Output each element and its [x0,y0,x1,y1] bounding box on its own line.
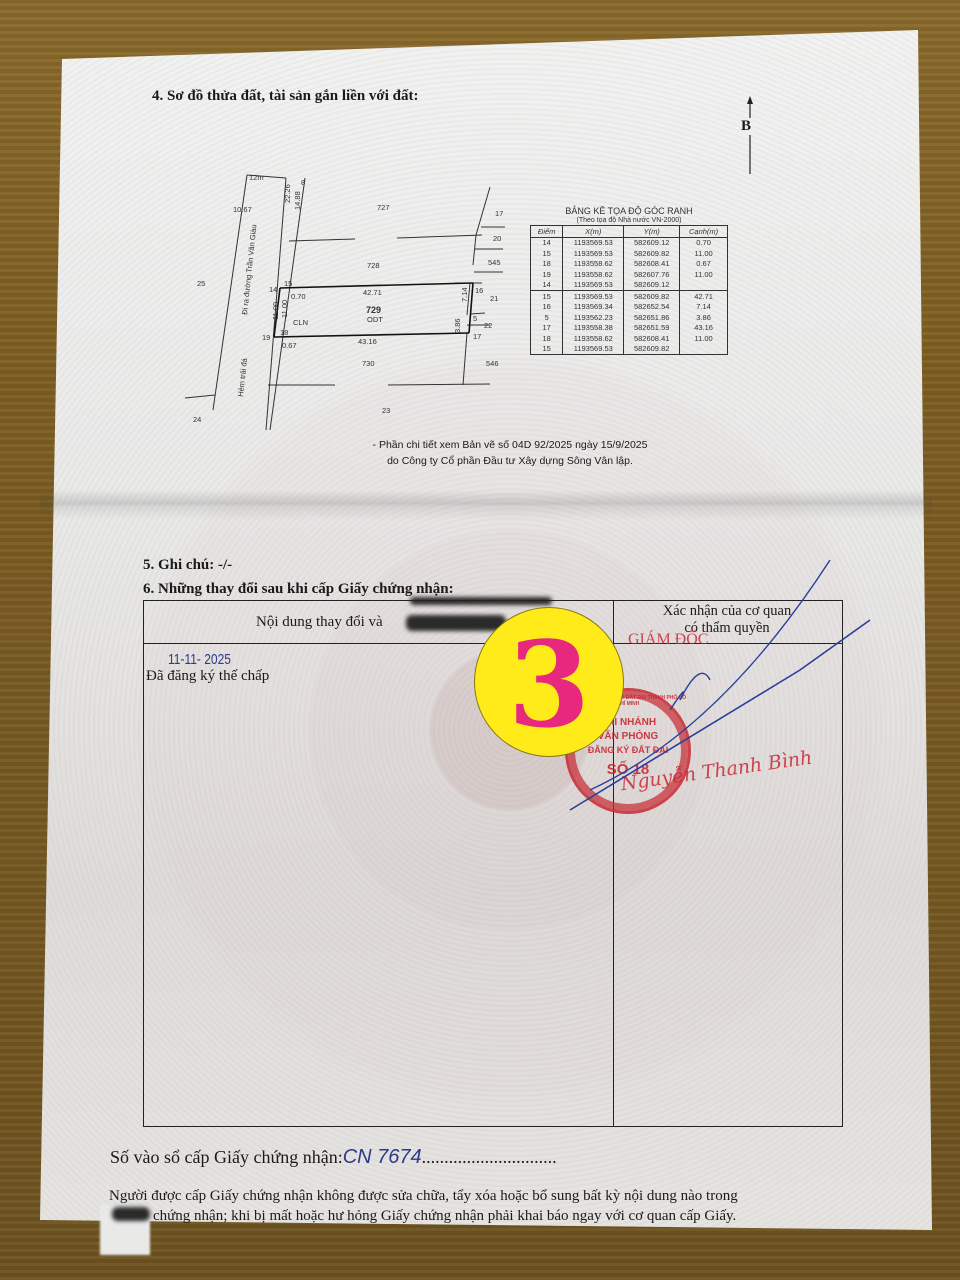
col-header: X(m) [563,226,624,238]
cell-point: 15 [531,344,563,355]
cell-point: 15 [531,291,563,302]
cell-edge: 43.16 [680,323,728,334]
footer-line1: Người được cấp Giấy chứng nhận không đượ… [109,1186,738,1206]
paper-fold [40,490,932,520]
cell-x: 1193569.53 [563,344,624,355]
svg-text:5: 5 [473,314,477,323]
coord-title-text: BẢNG KÊ TỌA ĐỘ GÓC RANH [530,207,728,216]
cell-y: 582609.12 [624,280,680,291]
svg-text:23: 23 [382,406,390,415]
cell-point: 14 [531,237,563,248]
entry-date-stamp: 11-11- 2025 [168,651,231,668]
cell-point: 15 [531,248,563,259]
cell-edge: 11.00 [680,269,728,280]
cell-x: 1193569.53 [563,291,624,302]
coord-table-title: BẢNG KÊ TỌA ĐỘ GÓC RANH (Theo tọa độ Nhà… [530,207,728,225]
cell-x: 1193569.34 [563,302,624,313]
redacted-header-text [406,615,506,631]
cell-edge: 0.70 [680,237,728,248]
cell-x: 1193569.53 [563,248,624,259]
col-header: Y(m) [624,226,680,238]
svg-text:42.71: 42.71 [363,288,382,297]
col-header: Điểm [531,226,563,238]
svg-text:43.16: 43.16 [358,337,377,346]
table-row: 161193569.34582652.547.14 [531,302,728,313]
cell-x: 1193558.62 [563,259,624,270]
register-dots: .............................. [422,1147,557,1167]
table-row: 151193569.53582609.8242.71 [531,291,728,302]
svg-text:14.88: 14.88 [293,191,302,210]
col-header: Cạnh(m) [680,226,728,238]
coordinate-table: Điểm X(m) Y(m) Cạnh(m) 141193569.5358260… [530,225,728,355]
svg-text:18: 18 [280,328,288,337]
svg-text:729: 729 [366,305,381,315]
cell-edge: 11.00 [680,333,728,344]
cell-point: 5 [531,312,563,323]
svg-text:546: 546 [486,359,499,368]
cell-y: 582609.82 [624,248,680,259]
cell-x: 1193569.53 [563,237,624,248]
table-row: 191193558.62582607.7611.00 [531,269,728,280]
north-label: B [739,118,753,135]
register-label: Số vào sổ cấp Giấy chứng nhận: [110,1147,343,1167]
svg-text:730: 730 [362,359,375,368]
cell-x: 1193569.53 [563,280,624,291]
svg-text:19: 19 [262,333,270,342]
svg-text:17: 17 [473,332,481,341]
cell-point: 16 [531,302,563,313]
number-badge: 3 [474,607,624,757]
svg-text:10.67: 10.67 [233,205,252,214]
cell-y: 582608.41 [624,259,680,270]
cell-point: 18 [531,259,563,270]
svg-text:14: 14 [269,285,277,294]
cell-y: 582609.12 [624,237,680,248]
cell-point: 17 [531,323,563,334]
cell-point: 14 [531,280,563,291]
svg-text:20: 20 [493,234,501,243]
table-row: 141193569.53582609.12 [531,280,728,291]
redacted-footer-word [112,1207,150,1221]
cell-y: 582609.82 [624,291,680,302]
section-6-title: 6. Những thay đổi sau khi cấp Giấy chứng… [143,581,454,598]
entry-text: Đã đăng ký thế chấp [146,668,269,685]
cell-y: 582609.82 [624,344,680,355]
svg-text:727: 727 [377,203,390,212]
svg-text:728: 728 [367,261,380,270]
svg-text:15: 15 [284,279,292,288]
svg-text:12m: 12m [249,173,264,182]
table-row: 141193569.53582609.120.70 [531,237,728,248]
cell-edge: 0.67 [680,259,728,270]
svg-text:0.67: 0.67 [282,341,297,350]
map-note-line2: do Công ty Cổ phần Đầu tư Xây dựng Sông … [340,453,680,469]
cell-x: 1193558.62 [563,333,624,344]
cell-x: 1193558.38 [563,323,624,334]
svg-text:0.70: 0.70 [291,292,306,301]
cell-edge: 42.71 [680,291,728,302]
svg-text:25: 25 [197,279,205,288]
map-note: - Phần chi tiết xem Bản vẽ số 04D 92/202… [340,437,680,469]
parcel-map: 12m8 10.67 22.26 14.88 727 17 20 728 545… [185,165,525,430]
svg-text:7.14: 7.14 [460,287,469,302]
svg-text:545: 545 [488,258,501,267]
cell-point: 19 [531,269,563,280]
svg-text:11.00: 11.00 [280,300,289,318]
table-row: 151193569.53582609.8211.00 [531,248,728,259]
svg-text:3.86: 3.86 [453,318,462,333]
footer-line2: chứng nhận; khi bị mất hoặc hư hỏng Giấy… [109,1206,738,1226]
table-row: 151193569.53582609.82 [531,344,728,355]
svg-text:24: 24 [193,415,201,424]
cell-y: 582652.54 [624,302,680,313]
table-row: 51193562.23582651.863.86 [531,312,728,323]
cell-edge [680,280,728,291]
cell-edge: 7.14 [680,302,728,313]
svg-text:Hẻm trải đá: Hẻm trải đá [236,357,249,397]
svg-text:ODT: ODT [367,315,383,324]
svg-text:22.26: 22.26 [283,184,292,203]
badge-number: 3 [508,626,590,744]
register-value: CN 7674 [343,1146,422,1168]
svg-text:22: 22 [484,321,492,330]
cell-edge: 11.00 [680,248,728,259]
cell-x: 1193562.23 [563,312,624,323]
cell-x: 1193558.62 [563,269,624,280]
table-row: 181193558.62582608.4111.00 [531,333,728,344]
register-row: Số vào sổ cấp Giấy chứng nhận:CN 7674...… [110,1146,557,1169]
section-4-title: 4. Sơ đồ thửa đất, tài sản gắn liền với … [152,88,419,105]
table-row: 181193558.62582608.410.67 [531,259,728,270]
cell-edge: 3.86 [680,312,728,323]
svg-text:CLN: CLN [293,318,308,327]
section-5-note: 5. Ghi chú: -/- [143,557,232,574]
coord-subtitle-text: (Theo tọa độ Nhà nước VN-2000) [530,216,728,225]
cell-y: 582608.41 [624,333,680,344]
svg-text:8: 8 [301,178,305,187]
svg-text:17: 17 [495,209,503,218]
svg-text:16: 16 [475,286,483,295]
north-arrow-icon [745,96,755,174]
cell-y: 582651.59 [624,323,680,334]
svg-text:11.00: 11.00 [271,302,280,320]
cell-point: 18 [531,333,563,344]
svg-text:Đi ra đường Trần Văn Giàu: Đi ra đường Trần Văn Giàu [240,224,258,315]
footer-warning: Người được cấp Giấy chứng nhận không đượ… [109,1186,738,1226]
map-note-line1: - Phần chi tiết xem Bản vẽ số 04D 92/202… [340,437,680,453]
changes-col1-header: Nội dung thay đổi và [256,614,383,631]
svg-text:21: 21 [490,294,498,303]
cell-y: 582651.86 [624,312,680,323]
table-row: 171193558.38582651.5943.16 [531,323,728,334]
cell-edge [680,344,728,355]
cell-y: 582607.76 [624,269,680,280]
